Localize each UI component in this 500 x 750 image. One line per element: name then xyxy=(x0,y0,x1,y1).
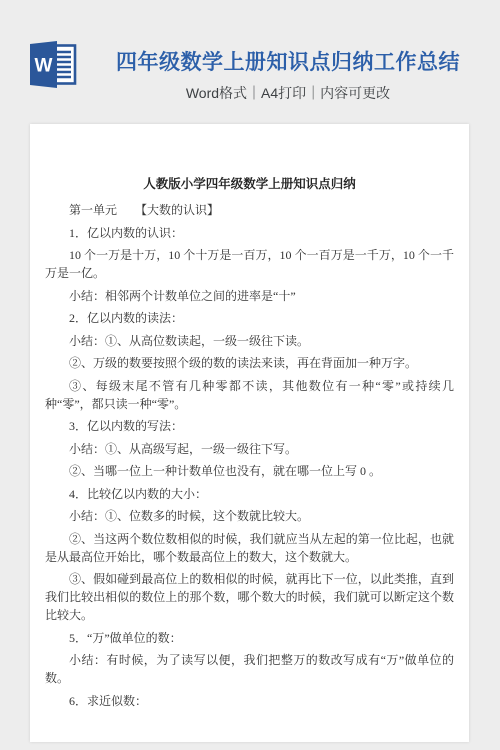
document-paragraph: 2．亿以内数的读法： xyxy=(45,309,454,327)
document-paragraph: 1．亿以内数的认识： xyxy=(45,224,454,242)
document-paragraph: ③、每级末尾不管有几种零都不读，其他数位有一种“零”或持续几种“零”，都只读一种… xyxy=(45,377,454,413)
document-body: 第一单元 【大数的认识】1．亿以内数的认识：10 个一万是十万，10 个十万是一… xyxy=(45,201,454,710)
document-paragraph: ②、万级的数要按照个级的数的读法来读，再在背面加一种万字。 xyxy=(45,354,454,372)
document-paragraph: 小结：①、位数多的时候，这个数就比较大。 xyxy=(45,507,454,525)
document-paragraph: 10 个一万是十万，10 个十万是一百万，10 个一百万是一千万，10 个一千万… xyxy=(45,246,454,282)
document-paragraph: ③、假如碰到最高位上的数相似的时候，就再比下一位，以此类推，直到我们比较出相似的… xyxy=(45,570,454,624)
document-paragraph: ②、当这两个数位数相似的时候，我们就应当从左起的第一位比起，也就是从最高位开始比… xyxy=(45,530,454,566)
document-paragraph: 小结：①、从高位数读起，一级一级往下读。 xyxy=(45,332,454,350)
page-header: W 四年级数学上册知识点归纳工作总结 Word格式｜A4打印｜内容可更改 xyxy=(0,0,500,124)
word-icon: W xyxy=(30,41,78,88)
document-title: 人教版小学四年级数学上册知识点归纳 xyxy=(45,174,454,192)
document-paragraph: 6．求近似数： xyxy=(45,692,454,710)
document-paragraph: 小结：有时候，为了读写以便，我们把整万的数改写成有“万”做单位的数。 xyxy=(45,651,454,687)
document-paragraph: 3．亿以内数的写法： xyxy=(45,417,454,435)
word-icon-w: W xyxy=(35,56,53,77)
document-paragraph: 小结：①、从高级写起，一级一级往下写。 xyxy=(45,440,454,458)
document-paragraph: ②、当哪一位上一种计数单位也没有，就在哪一位上写 0 。 xyxy=(45,462,454,480)
document-preview-page: 人教版小学四年级数学上册知识点归纳 第一单元 【大数的认识】1．亿以内数的认识：… xyxy=(30,124,469,742)
document-paragraph: 5．“万”做单位的数： xyxy=(45,629,454,647)
header-text-block: 四年级数学上册知识点归纳工作总结 Word格式｜A4打印｜内容可更改 xyxy=(108,46,468,103)
document-paragraph: 小结：相邻两个计数单位之间的进率是“十” xyxy=(45,287,454,305)
page-subtitle: Word格式｜A4打印｜内容可更改 xyxy=(108,83,468,103)
document-paragraph: 4．比较亿以内数的大小： xyxy=(45,485,454,503)
page-title: 四年级数学上册知识点归纳工作总结 xyxy=(108,46,468,76)
document-paragraph: 第一单元 【大数的认识】 xyxy=(45,201,454,219)
